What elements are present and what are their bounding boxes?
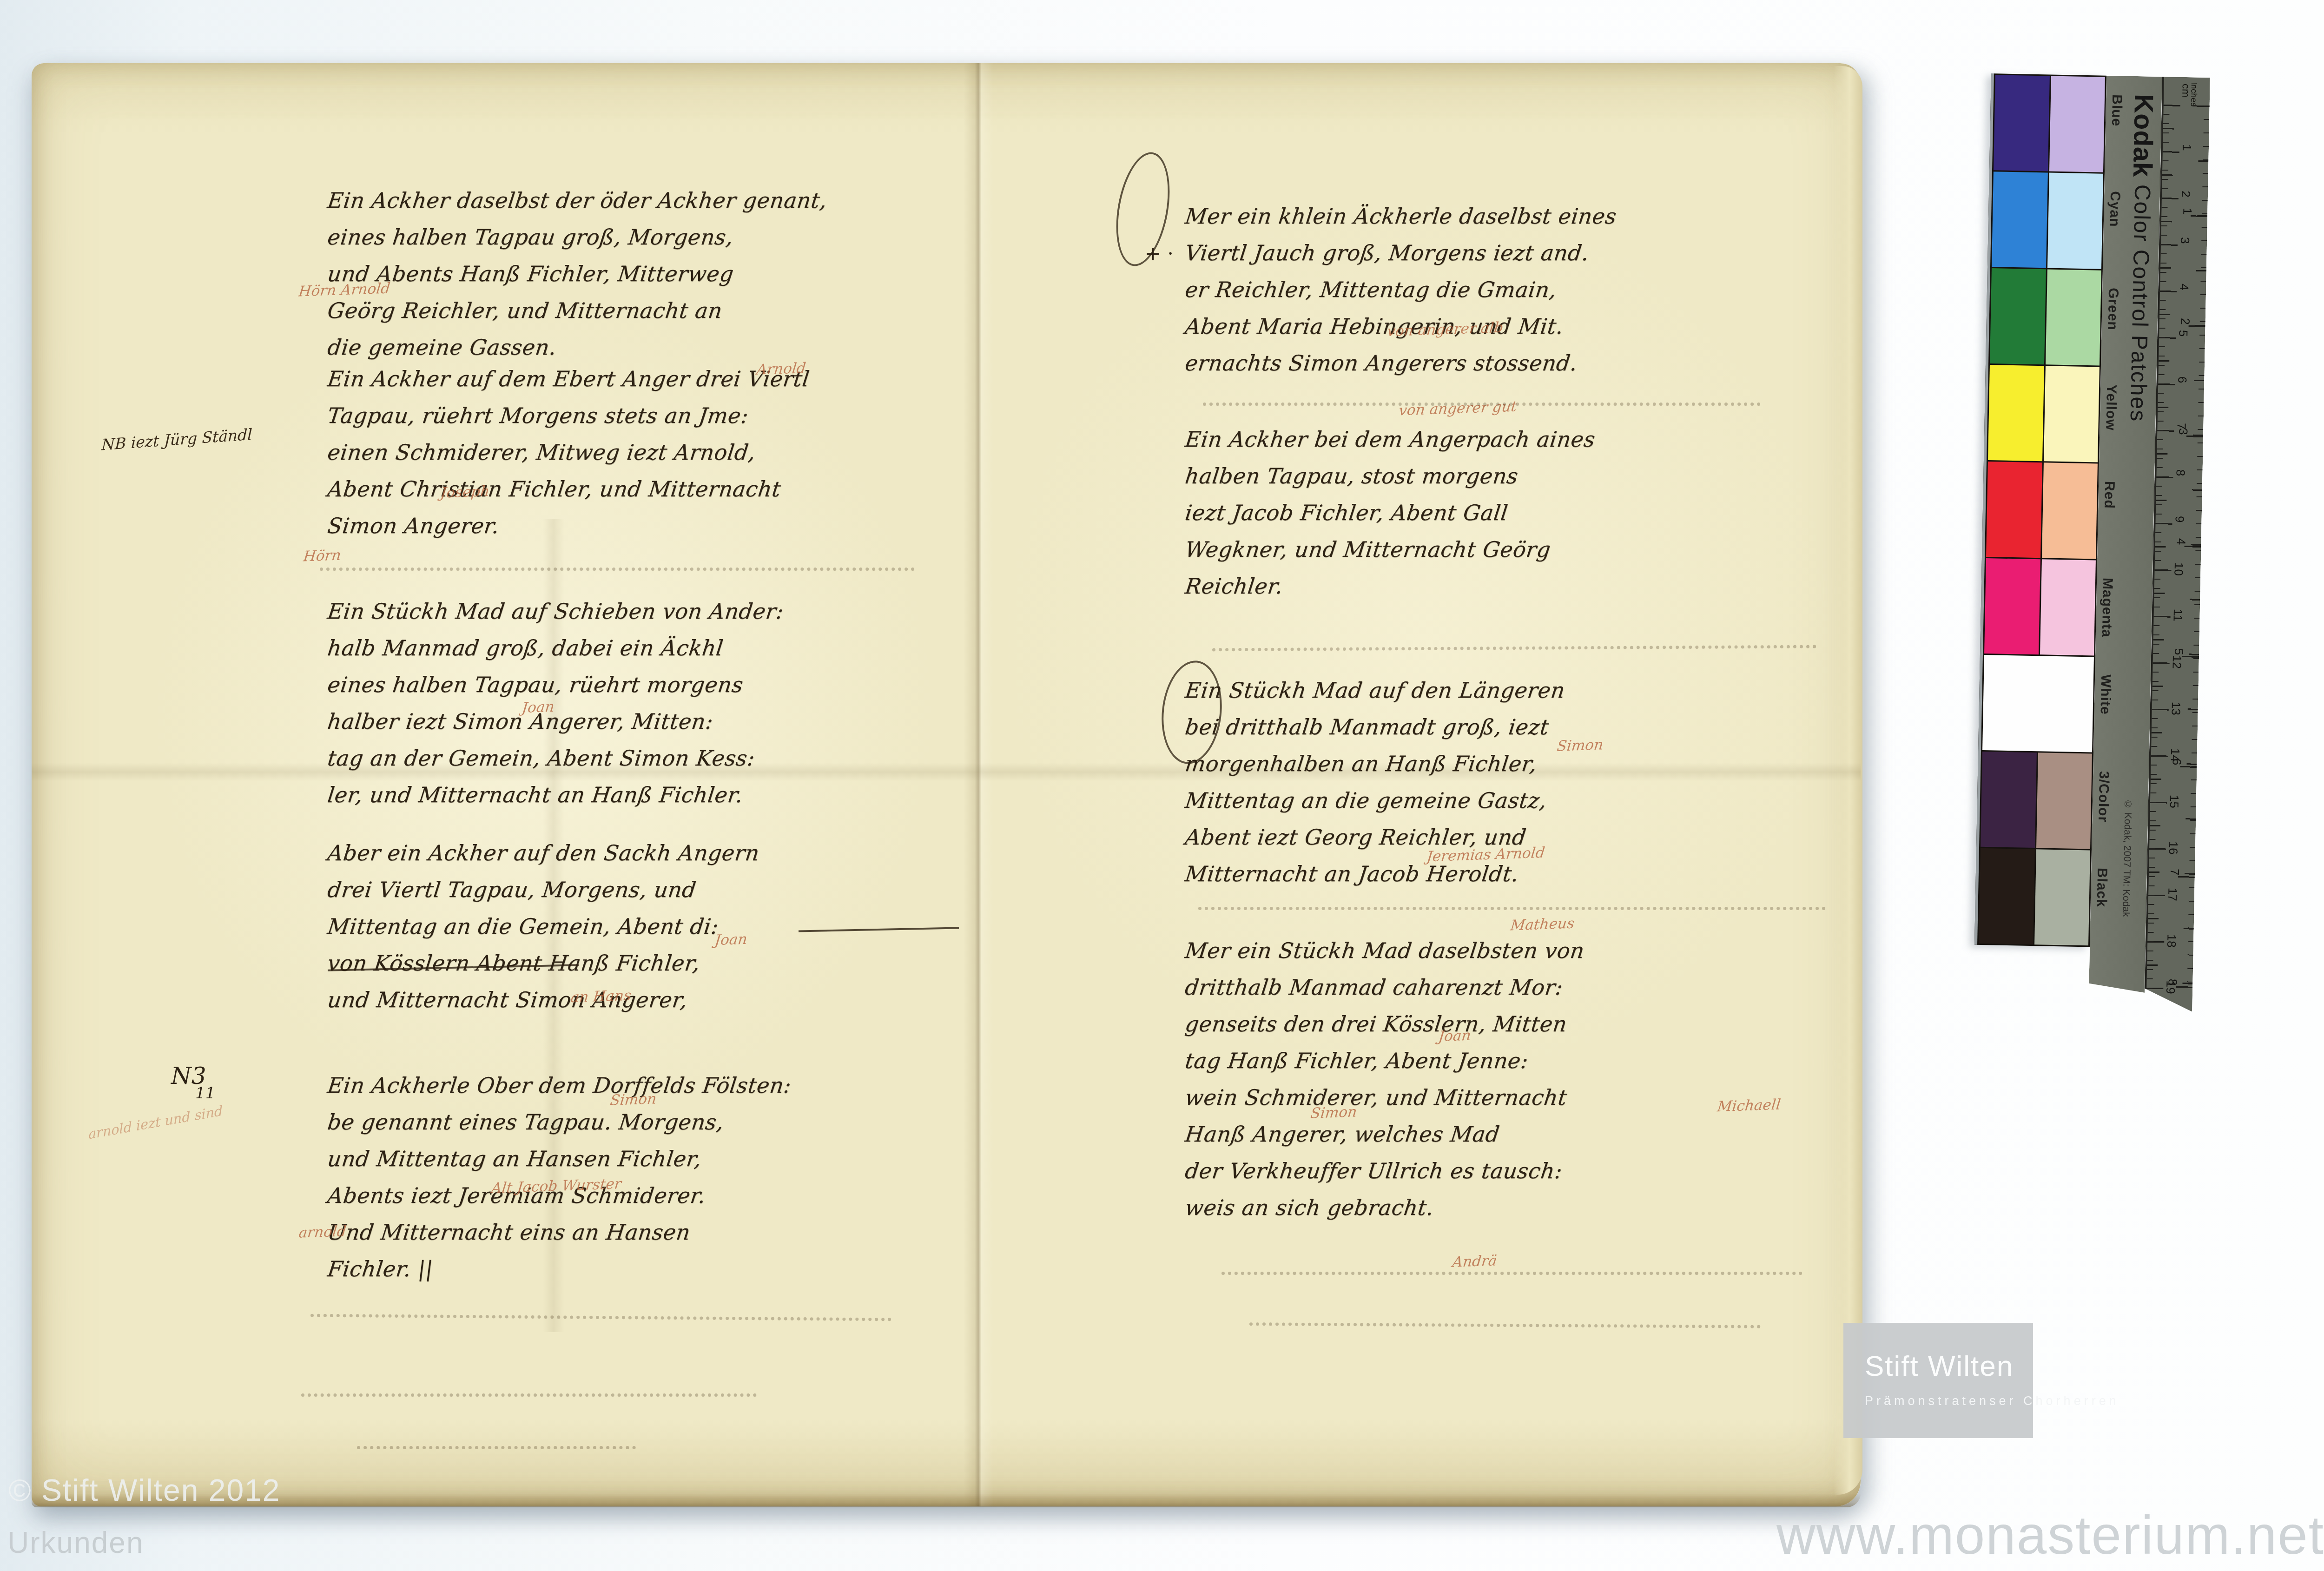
manuscript-line: einen Schmiderer, Mitweg iezt Arnold, (325, 434, 812, 471)
manuscript-paragraph: Mer ein Stückh Mad daselbsten vondrittha… (1185, 932, 1584, 1226)
cm-number: 5 (2176, 330, 2190, 337)
cm-number: 17 (2165, 888, 2180, 902)
patch-row (1986, 462, 2098, 559)
red-ink-annotation: Joseph (440, 483, 490, 502)
manuscript-line: halber iezt Simon Angerer, Mitten: (325, 703, 786, 740)
manuscript-line: halb Manmad groß, dabei ein Äckhl (325, 630, 786, 667)
patch-row (1982, 655, 2094, 752)
red-ink-annotation: Simon (609, 1090, 657, 1109)
manuscript-line: genseits den drei Kösslern, Mitten (1183, 1006, 1586, 1043)
red-ink-annotation: Joan (521, 699, 555, 716)
patch-white (1982, 655, 2094, 752)
patch-cyan (1992, 172, 2047, 268)
patch-row-label: Black (2093, 868, 2110, 908)
patch-red (1986, 462, 2042, 558)
manuscript-line: Hanß Angerer, welches Mad (1183, 1116, 1586, 1153)
inch-number: 6 (2170, 759, 2184, 766)
digitized-manuscript-photo: Ein Ackher daselbst der öder Ackher gena… (0, 0, 2324, 1571)
patch-row-label: Red (2101, 481, 2117, 509)
red-ink-annotation: Simon (1556, 736, 1604, 754)
cm-number: 11 (2170, 609, 2185, 622)
manuscript-paragraph: Ein Ackher daselbst der öder Ackher gena… (328, 182, 827, 366)
copyright-watermark: © Stift Wilten 2012 (8, 1472, 281, 1508)
patch-3/color-pastel (2036, 752, 2092, 849)
manuscript-paper: Ein Ackher daselbst der öder Ackher gena… (32, 63, 1861, 1506)
patch-yellow-pastel (2044, 366, 2100, 462)
red-ink-annotation: Andrä (1452, 1252, 1498, 1270)
manuscript-line: Reichler. (1183, 568, 1597, 605)
right-page: Mer ein khlein Äckherle daselbst einesVi… (978, 63, 1861, 1506)
manuscript-line: von Kösslern Abent Hanß Fichler, (325, 945, 761, 982)
red-ink-annotation: Michaell (1717, 1096, 1782, 1116)
manuscript-line: Abent Christian Fichler, und Mitternacht (325, 471, 812, 508)
color-patches (1974, 73, 2106, 947)
patch-row (1994, 75, 2105, 172)
manuscript-line: Ein Ackherle Ober dem Dorffelds Fölsten: (325, 1067, 793, 1104)
collection-watermark: Urkunden (7, 1525, 144, 1560)
red-ink-annotation: arnold (298, 1223, 347, 1241)
inch-number: 3 (2176, 428, 2190, 435)
ink-speckles (357, 1446, 636, 1449)
patch-magenta (1984, 558, 2040, 654)
manuscript-line: Ein Stückh Mad auf den Längeren (1183, 672, 1567, 709)
patch-red-pastel (2042, 462, 2098, 559)
inch-number: 1 (2180, 208, 2194, 215)
patch-black-pastel (2034, 849, 2090, 945)
manuscript-line: weis an sich gebracht. (1183, 1189, 1586, 1226)
patch-green-pastel (2045, 269, 2101, 365)
cm-number: 18 (2164, 934, 2179, 948)
manuscript-line: und Mitternacht Simon Angerer, (325, 982, 761, 1018)
ink-speckles (320, 568, 915, 571)
manuscript-line: ernachts Simon Angerers stossend. (1183, 345, 1618, 382)
ink-speckles (1198, 907, 1826, 910)
kodak-color-control-strip: Kodak Color Control Patches © Kodak, 200… (1973, 73, 2210, 1012)
patch-row (1984, 558, 2096, 655)
manuscript-line: Mittentag an die Gemein, Abent di: (325, 908, 761, 945)
manuscript-line: halben Tagpau, stost morgens (1183, 458, 1597, 495)
manuscript-line: wein Schmiderer, und Mitternacht (1183, 1079, 1586, 1116)
patch-magenta-pastel (2040, 559, 2096, 655)
patch-3/color (1981, 752, 2036, 848)
ink-speckles (301, 1393, 757, 1397)
manuscript-paragraph: Ein Ackher bei dem Angerpach aineshalben… (1185, 421, 1595, 605)
manuscript-line: iezt Jacob Fichler, Abent Gall (1183, 495, 1597, 531)
patch-blue (1994, 75, 2049, 171)
manuscript-paragraph: Aber ein Ackher auf den Sackh Angerndrei… (328, 835, 759, 1018)
patch-row (1990, 268, 2101, 365)
item-number-value: 11 (195, 1084, 231, 1102)
patch-row-label: Yellow (2102, 384, 2119, 431)
archive-subtitle: Prämonstratenser Chorherren (1865, 1394, 2033, 1408)
manuscript-line: ler, und Mitternacht an Hanß Fichler. (325, 777, 786, 813)
manuscript-line: Mittentag an die gemeine Gastz, (1183, 782, 1567, 819)
website-watermark: www.monasterium.net (1776, 1504, 2324, 1566)
red-ink-annotation: Joan (1438, 1027, 1472, 1045)
red-ink-annotation: Joan (714, 931, 748, 949)
manuscript-line: Wegkner, und Mitternacht Geörg (1183, 531, 1597, 568)
manuscript-line: Ein Ackher daselbst der öder Ackher gena… (325, 182, 829, 219)
patch-row (1988, 365, 2100, 462)
patch-row-label: Blue (2108, 94, 2125, 127)
manuscript-paragraph: Ein Stückh Mad auf Schieben von Ander:ha… (328, 593, 784, 813)
faint-red-margin-note: arnold iezt und sind (88, 1102, 223, 1142)
inch-number: 8 (2165, 979, 2179, 986)
kodak-copyright: © Kodak, 2007 TM: Kodak (2120, 799, 2133, 917)
manuscript-line: Mer ein khlein Äckherle daselbst eines (1183, 198, 1618, 235)
manuscript-line: Fichler. || (325, 1251, 793, 1287)
inch-number: 7 (2167, 869, 2182, 876)
manuscript-line: Geörg Reichler, und Mitternacht an (325, 292, 829, 329)
patch-row-label: White (2097, 674, 2114, 715)
patch-black (1979, 848, 2034, 944)
patch-green (1990, 268, 2046, 364)
manuscript-line: und Abents Hanß Fichler, Mitterweg (325, 256, 829, 292)
patch-row-label: Magenta (2099, 578, 2115, 638)
kodak-brand: Kodak (2127, 94, 2159, 178)
cm-number: 15 (2167, 795, 2182, 809)
manuscript-line: Ein Ackher auf dem Ebert Anger drei Vier… (325, 361, 812, 397)
manuscript-line: Und Mitternacht eins an Hansen (325, 1214, 793, 1251)
red-ink-annotation: von angerer gut (1398, 398, 1518, 419)
patch-row-label: Green (2104, 288, 2121, 330)
patch-blue-pastel (2049, 76, 2105, 172)
manuscript-line: eines halben Tagpau, rüehrt morgens (325, 667, 786, 703)
inch-number: 2 (2178, 318, 2192, 325)
red-ink-annotation: an Hans (570, 987, 632, 1006)
inch-number: 4 (2174, 538, 2188, 545)
manuscript-line: be genannt eines Tagpau. Morgens, (325, 1104, 793, 1141)
manuscript-line: dritthalb Manmad caharenzt Mor: (1183, 969, 1586, 1006)
patch-row (1992, 172, 2103, 269)
red-ink-annotation: Hörn (303, 547, 342, 565)
manuscript-line: Ein Stückh Mad auf Schieben von Ander: (325, 593, 786, 630)
cm-number: 16 (2166, 841, 2181, 855)
ink-speckles (1203, 403, 1761, 406)
archive-name: Stift Wilten (1865, 1350, 2033, 1383)
archive-info-box: Stift Wilten Prämonstratenser Chorherren (1843, 1323, 2033, 1438)
manuscript-line: Aber ein Ackher auf den Sackh Angern (325, 835, 761, 871)
patch-row (1979, 848, 2090, 945)
red-ink-annotation: Simon (1310, 1103, 1358, 1122)
manuscript-line: Tagpau, rüehrt Morgens stets an Jme: (325, 397, 812, 434)
cm-number: 4 (2177, 284, 2191, 290)
manuscript-line: Simon Angerer. (325, 508, 812, 544)
manuscript-line: bei dritthalb Manmadt groß, iezt (1183, 709, 1567, 746)
kodak-title: Kodak Color Control Patches (2122, 94, 2159, 422)
patch-row-label: 3/Color (2095, 771, 2112, 823)
manuscript-line: tag Hanß Fichler, Abent Jenne: (1183, 1043, 1586, 1079)
manuscript-line: eines halben Tagpau groß, Morgens, (325, 219, 829, 256)
manuscript-line: morgenhalben an Hanß Fichler, (1183, 746, 1567, 782)
patch-cyan-pastel (2047, 172, 2103, 269)
manuscript-line: drei Viertl Tagpau, Morgens, und (325, 871, 761, 908)
cm-number: 13 (2169, 702, 2184, 716)
patch-row (1981, 752, 2092, 849)
cm-number: 6 (2175, 376, 2189, 383)
patch-row-label: Cyan (2106, 191, 2123, 227)
manuscript-line: Viertl Jauch groß, Morgens iezt and. (1183, 235, 1618, 271)
manuscript-line: und Mittentag an Hansen Fichler, (325, 1141, 793, 1177)
cm-number: 10 (2171, 562, 2186, 576)
inches-unit-label: Inches (2189, 82, 2199, 106)
left-page: Ein Ackher daselbst der öder Ackher gena… (32, 63, 964, 1506)
red-ink-annotation: Hörn Arnold (298, 280, 391, 300)
cm-number: 8 (2173, 469, 2187, 476)
patch-yellow (1988, 365, 2044, 461)
ink-speckles (1221, 1272, 1802, 1275)
cm-number: 9 (2172, 516, 2187, 523)
cm-number: 1 (2179, 144, 2194, 151)
item-number-mark: N311 (171, 1063, 206, 1108)
manuscript-paragraph: Mer ein khlein Äckherle daselbst einesVi… (1185, 198, 1617, 382)
inch-number: 5 (2172, 648, 2186, 655)
cm-number: 3 (2178, 237, 2192, 244)
manuscript-line: er Reichler, Mittentag die Gmain, (1183, 271, 1618, 308)
manuscript-paragraph: Ein Ackher auf dem Ebert Anger drei Vier… (328, 361, 809, 544)
cm-number: 12 (2169, 655, 2184, 669)
red-ink-annotation: Arnold (756, 360, 807, 378)
manuscript-line: der Verkheuffer Ullrich es tausch: (1183, 1153, 1586, 1189)
manuscript-line: Mer ein Stückh Mad daselbsten von (1183, 932, 1586, 969)
manuscript-line: Ein Ackher bei dem Angerpach aines (1183, 421, 1597, 458)
red-ink-annotation: Matheus (1510, 915, 1575, 934)
manuscript-line: tag an der Gemein, Abent Simon Kess: (325, 740, 786, 777)
cm-number: 2 (2179, 191, 2193, 198)
margin-note: NB iezt Jürg Ständl (101, 425, 253, 454)
